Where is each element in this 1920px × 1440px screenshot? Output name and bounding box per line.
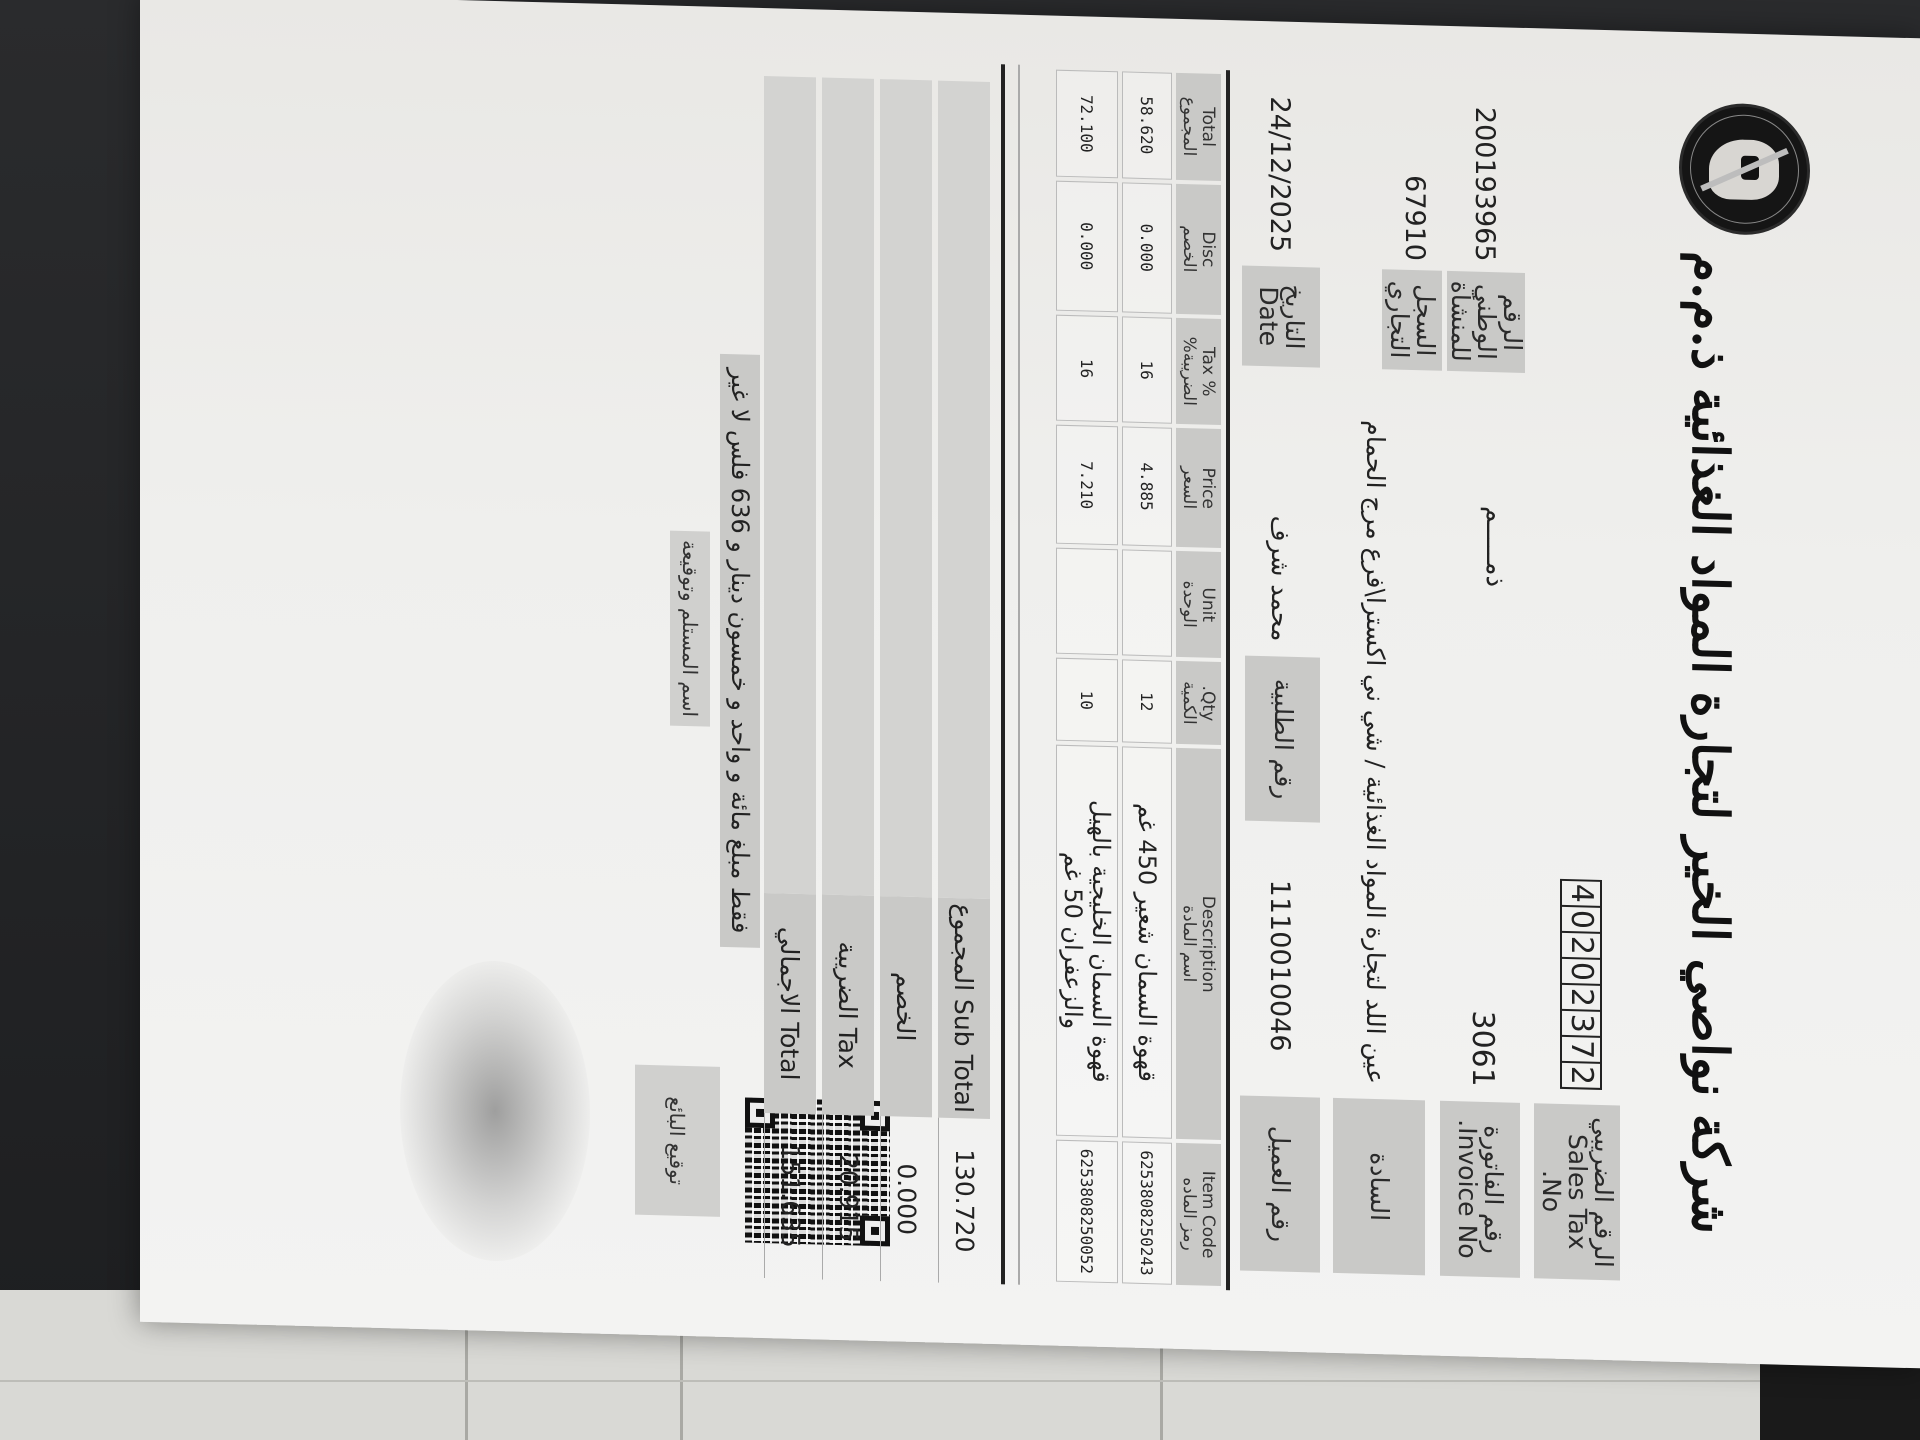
subtotal-row: 130.720 Sub Total المجموع bbox=[938, 73, 990, 1284]
discount-row: 0.000 الخصم bbox=[880, 71, 932, 1282]
header-divider bbox=[1226, 70, 1230, 1290]
customer-label: السادة bbox=[1333, 1098, 1425, 1275]
table-row: 6253808250052 قهوة السمان الخليجية بالهي… bbox=[1056, 70, 1118, 1284]
discount-label: الخصم bbox=[880, 896, 932, 1117]
order-by: محمد شرف bbox=[1266, 515, 1295, 641]
totals-divider bbox=[1001, 64, 1005, 1284]
sales-tax-number: 40202372 bbox=[1560, 879, 1602, 1090]
receiver-signature-label: اسم المستلم وتوقيعة bbox=[670, 531, 710, 727]
seller-signature-label: توقيع البائع bbox=[635, 1065, 720, 1217]
table-bottom-line bbox=[1018, 65, 1020, 1285]
print-smudge bbox=[400, 959, 590, 1264]
commercial-reg-value: 67910 bbox=[1399, 175, 1430, 262]
customer-number-label: رقم العميل bbox=[1240, 1095, 1320, 1272]
discount-value: 0.000 bbox=[880, 1116, 932, 1282]
tax-row: 20.915 Tax الضريبة bbox=[822, 70, 874, 1281]
invoice: شركة نواصي الخير لتجارة المواد الغذائية … bbox=[140, 0, 1920, 1368]
col-disc: Discالخصم bbox=[1176, 183, 1221, 314]
amount-in-words: فقط مبلغ مائة و واحد و خمسون دينار و 636… bbox=[720, 354, 760, 948]
national-id-value: 200193965 bbox=[1469, 106, 1500, 261]
date-label: التاريخ Date bbox=[1242, 266, 1320, 368]
company-name: شركة نواصي الخير لتجارة المواد الغذائية … bbox=[1681, 242, 1740, 1244]
col-price: Priceالسعر bbox=[1176, 428, 1221, 548]
national-id-label: الرقم الوطني للمنشأة bbox=[1447, 271, 1525, 373]
total-row: 151.635 Total الاجمالي bbox=[764, 68, 816, 1279]
col-item-code: Item Codeرمز الماده bbox=[1176, 1143, 1221, 1286]
col-qty: Qty.الكمية bbox=[1176, 661, 1221, 745]
tax-value: 20.915 bbox=[822, 1115, 874, 1281]
table-header-row: Item Codeرمز الماده Descriptionاسم الماد… bbox=[1176, 73, 1221, 1286]
company-seal-logo-icon bbox=[1679, 102, 1810, 236]
col-total: Totalالمجموع bbox=[1176, 73, 1221, 181]
table-row: 6253808250243 قهوة السمان شعير 450 غم 12… bbox=[1122, 71, 1172, 1284]
col-tax: % Taxالضريبة% bbox=[1176, 318, 1221, 426]
subtotal-label: Sub Total المجموع bbox=[938, 898, 990, 1119]
payment-type: ذمـــــم bbox=[1480, 506, 1510, 588]
invoice-date: 24/12/2025 bbox=[1264, 96, 1295, 252]
totals-block: 130.720 Sub Total المجموع 0.000 الخصم 20… bbox=[758, 68, 990, 1284]
subtotal-value: 130.720 bbox=[938, 1118, 990, 1284]
sales-tax-label: الرقم الضريبي Sales Tax No. bbox=[1534, 1103, 1620, 1280]
col-description: Descriptionاسم المادة bbox=[1176, 748, 1221, 1140]
order-number-label: رقم الطلبية bbox=[1245, 656, 1320, 823]
customer-number: 1110010046 bbox=[1264, 879, 1295, 1052]
items-table: Item Codeرمز الماده Descriptionاسم الماد… bbox=[1052, 66, 1225, 1291]
total-value: 151.635 bbox=[764, 1113, 816, 1279]
tax-label: Tax الضريبة bbox=[822, 895, 874, 1116]
customer-name: عين اللد لتجارة المواد الغذائية / شي ني … bbox=[1361, 420, 1390, 1084]
invoice-number-label: رقم الفاتورة Invoice No. bbox=[1440, 1101, 1520, 1278]
invoice-number: 3061 bbox=[1465, 1010, 1500, 1087]
total-label: Total الاجمالي bbox=[764, 893, 816, 1114]
col-unit: Unitالوحدة bbox=[1176, 551, 1221, 659]
invoice-paper: شركة نواصي الخير لتجارة المواد الغذائية … bbox=[140, 0, 1920, 1368]
commercial-reg-label: السجل التجاري bbox=[1382, 269, 1442, 371]
